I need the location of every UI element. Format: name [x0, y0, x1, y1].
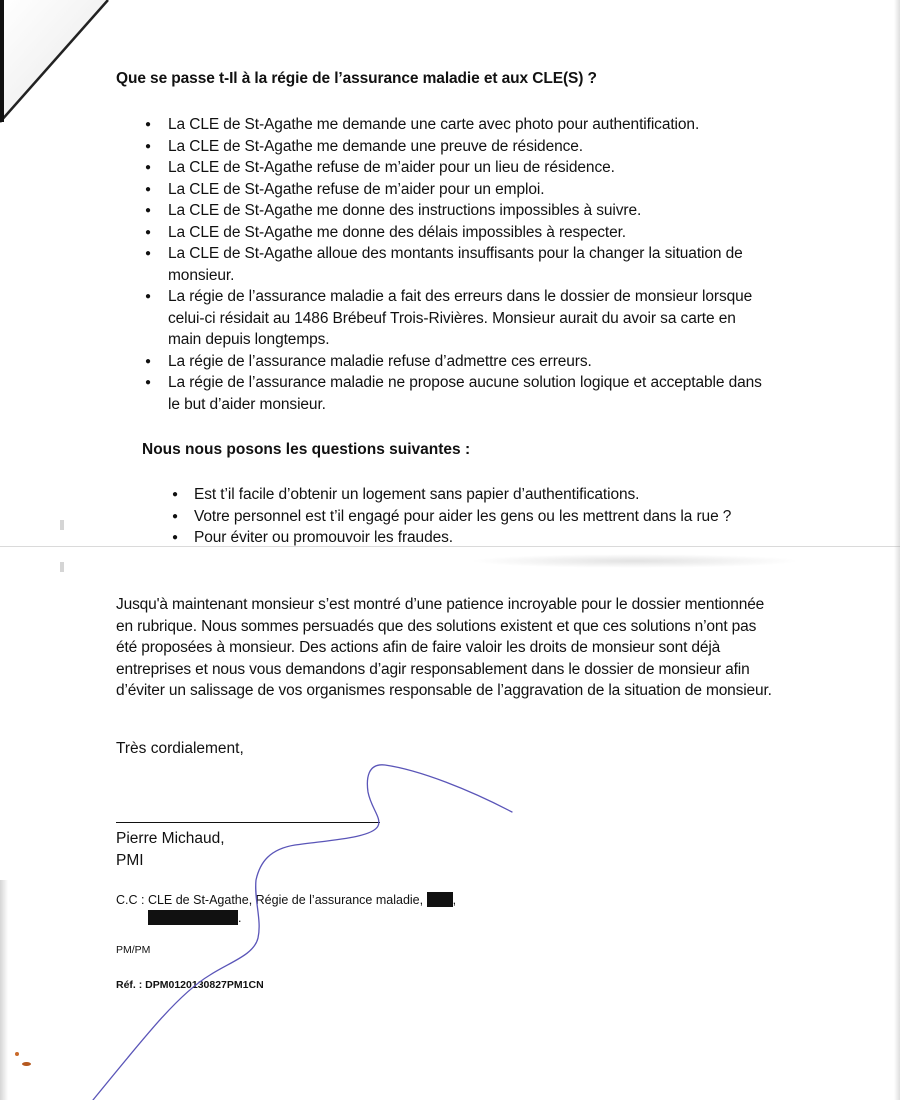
list-item: La CLE de St-Agathe me donne des délais …	[145, 222, 765, 244]
reference-number: Réf. : DPM0120130827PM1CN	[116, 979, 264, 991]
closing-salutation: Très cordialement,	[116, 740, 244, 758]
carbon-copy-line: C.C : CLE de St-Agathe, Régie de l’assur…	[116, 891, 456, 927]
questions-list: Est t’il facile d’obtenir un logement sa…	[172, 484, 772, 549]
list-item: La CLE de St-Agathe refuse de m’aider po…	[145, 157, 765, 179]
list-item: Est t’il facile d’obtenir un logement sa…	[172, 484, 772, 506]
stain-speck	[15, 1052, 19, 1056]
scan-speck	[60, 520, 64, 530]
redaction-block	[148, 910, 238, 925]
list-item: La régie de l’assurance maladie a fait d…	[145, 286, 765, 351]
cc-separator: ,	[453, 893, 456, 907]
scanned-letter-page: Que se passe t-Il à la régie de l’assura…	[0, 0, 900, 1100]
list-item: La CLE de St-Agathe me demande une carte…	[145, 114, 765, 136]
scan-corner-shadow	[0, 0, 110, 125]
list-item: Votre personnel est t’il engagé pour aid…	[172, 506, 772, 528]
signer-block: Pierre Michaud, PMI	[116, 828, 225, 871]
complaints-list: La CLE de St-Agathe me demande une carte…	[145, 114, 765, 415]
questions-heading: Nous nous posons les questions suivantes…	[142, 441, 470, 459]
typist-initials: PM/PM	[116, 944, 150, 956]
list-item: La CLE de St-Agathe me donne des instruc…	[145, 200, 765, 222]
list-item: La régie de l’assurance maladie refuse d…	[145, 351, 765, 373]
scan-left-edge	[0, 880, 8, 1100]
section-heading: Que se passe t-Il à la régie de l’assura…	[116, 70, 597, 88]
scan-smudge	[470, 554, 800, 568]
list-item: La CLE de St-Agathe alloue des montants …	[145, 243, 765, 286]
stain-speck	[22, 1062, 31, 1066]
signer-name: Pierre Michaud,	[116, 828, 225, 850]
scan-right-edge	[894, 0, 900, 1100]
list-item: Pour éviter ou promouvoir les fraudes.	[172, 527, 772, 549]
list-item: La régie de l’assurance maladie ne propo…	[145, 372, 765, 415]
cc-recipients: C.C : CLE de St-Agathe, Régie de l’assur…	[116, 893, 423, 907]
scan-speck	[60, 562, 64, 572]
body-paragraph: Jusqu'à maintenant monsieur s’est montré…	[116, 594, 776, 702]
signer-title: PMI	[116, 850, 225, 872]
list-item: La CLE de St-Agathe me demande une preuv…	[145, 136, 765, 158]
signature-line	[116, 822, 380, 823]
list-item: La CLE de St-Agathe refuse de m’aider po…	[145, 179, 765, 201]
cc-end: .	[238, 911, 241, 925]
redaction-block	[427, 892, 453, 907]
